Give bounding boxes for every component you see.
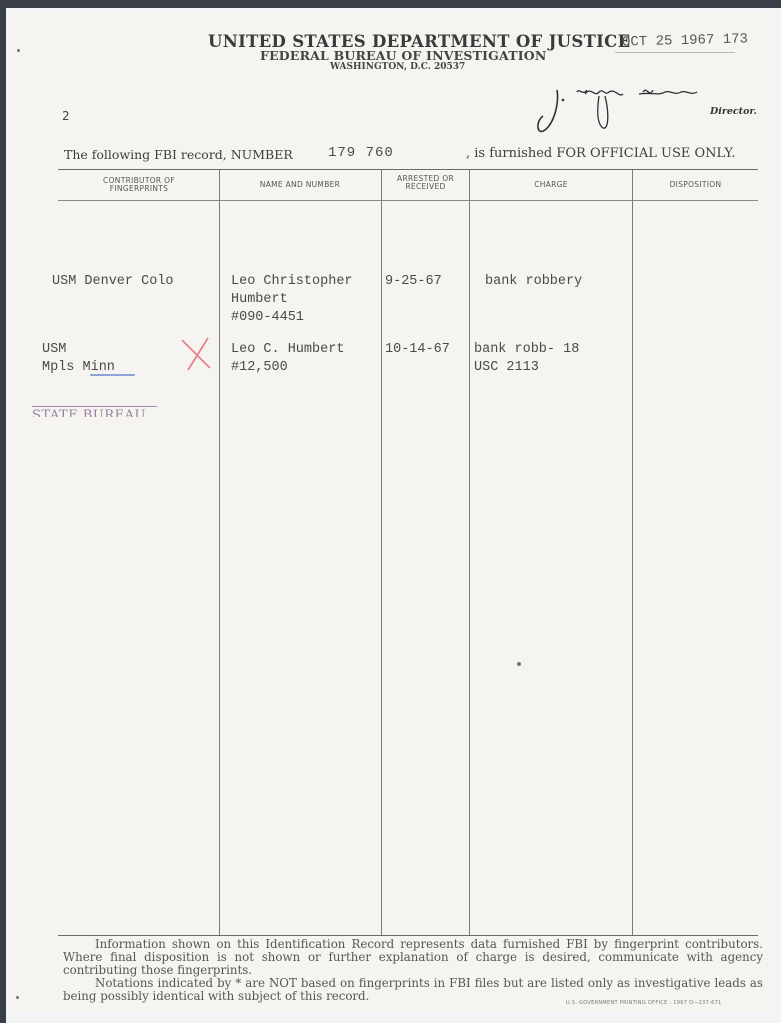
date-stamp: OCT 25 1967 173 [622, 31, 748, 50]
row1-name-and-number: Leo Christopher Humbert #090-4451 [231, 273, 353, 327]
footer-paragraph-1: Information shown on this Identification… [63, 938, 763, 977]
row2-contributor: USM Mpls Minn [42, 341, 115, 377]
column-divider [381, 169, 382, 935]
column-header-disposition: DISPOSITION [633, 181, 758, 189]
red-x-mark-icon [178, 336, 214, 372]
director-signature-icon [535, 82, 715, 137]
address-line: WASHINGTON, D.C. 20537 [330, 62, 465, 72]
fbi-record-number: 179 760 [328, 145, 394, 161]
paper-speck [17, 49, 20, 52]
table-header-border [58, 200, 758, 201]
printing-office-notice: U.S. GOVERNMENT PRINTING OFFICE : 1967 O… [566, 1000, 722, 1006]
column-divider [469, 169, 470, 935]
table-top-border [58, 169, 758, 170]
column-header-contributor: CONTRIBUTOR OF FINGERPRINTS [60, 177, 218, 193]
footer-notice: Information shown on this Identification… [63, 938, 763, 1003]
column-header-line: NAME AND NUMBER [220, 181, 380, 189]
paper-speck [16, 996, 19, 999]
column-header-name: NAME AND NUMBER [220, 181, 380, 189]
date-stamp-underline [615, 52, 735, 53]
column-divider [632, 169, 633, 935]
column-header-line: RECEIVED [382, 183, 469, 191]
table-bottom-border [58, 935, 758, 936]
bureau-heading: FEDERAL BUREAU OF INVESTIGATION [260, 48, 546, 63]
director-title: Director. [710, 106, 757, 117]
state-bureau-stamp: STATE BUREAU [32, 408, 146, 417]
column-divider [219, 169, 220, 935]
row1-arrested-date: 9-25-67 [385, 273, 442, 291]
blue-underline-mark [90, 374, 135, 376]
column-header-arrested: ARRESTED OR RECEIVED [382, 175, 469, 191]
paper-speck [517, 662, 521, 666]
column-header-charge: CHARGE [470, 181, 632, 189]
row1-charge: bank robbery [485, 273, 582, 291]
record-intro-text: The following FBI record, NUMBER [64, 147, 293, 162]
row2-arrested-date: 10-14-67 [385, 341, 450, 359]
fbi-record-page [10, 12, 770, 1012]
row2-charge: bank robb- 18 USC 2113 [474, 341, 579, 377]
column-header-line: DISPOSITION [633, 181, 758, 189]
row1-contributor: USM Denver Colo [52, 273, 174, 291]
row2-name-and-number: Leo C. Humbert #12,500 [231, 341, 344, 377]
state-bureau-stamp-line [32, 406, 157, 407]
column-header-line: CHARGE [470, 181, 632, 189]
page-number: 2 [62, 109, 70, 123]
official-use-notice: , is furnished FOR OFFICIAL USE ONLY. [466, 146, 735, 161]
column-header-line: FINGERPRINTS [60, 185, 218, 193]
